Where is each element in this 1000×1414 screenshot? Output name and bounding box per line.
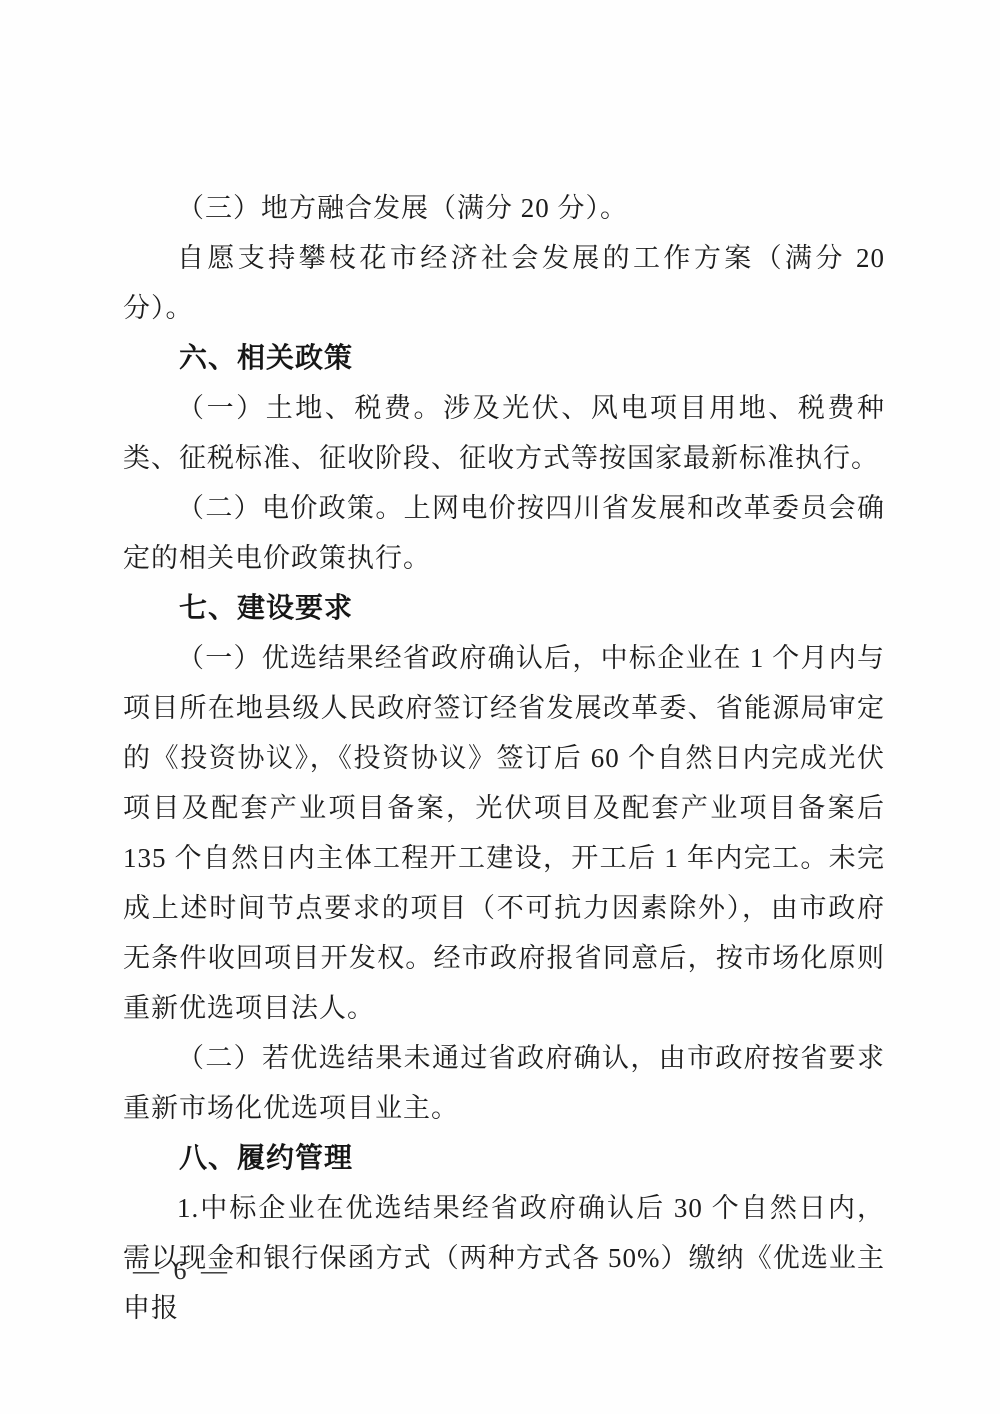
document-body: （三）地方融合发展（满分 20 分）。 自愿支持攀枝花市经济社会发展的工作方案（… <box>123 183 885 1333</box>
paragraph-reselection-rule: （二）若优选结果未通过省政府确认，由市政府按省要求重新市场化优选项目业主。 <box>123 1033 885 1133</box>
paragraph-deposit-payment: 1.中标企业在优选结果经省政府确认后 30 个自然日内，需以现金和银行保函方式（… <box>123 1183 885 1333</box>
heading-section-7-construction-requirements: 七、建设要求 <box>123 583 885 633</box>
heading-section-8-performance-management: 八、履约管理 <box>123 1133 885 1183</box>
paragraph-land-tax: （一）土地、税费。涉及光伏、风电项目用地、税费种类、征税标准、征收阶段、征收方式… <box>123 383 885 483</box>
heading-section-6-policies: 六、相关政策 <box>123 333 885 383</box>
document-page: （三）地方融合发展（满分 20 分）。 自愿支持攀枝花市经济社会发展的工作方案（… <box>0 0 1000 1414</box>
paragraph-score-item-detail: 自愿支持攀枝花市经济社会发展的工作方案（满分 20 分）。 <box>123 233 885 333</box>
paragraph-construction-timeline: （一）优选结果经省政府确认后，中标企业在 1 个月内与项目所在地县级人民政府签订… <box>123 633 885 1033</box>
page-number: — 6 — <box>133 1256 231 1286</box>
paragraph-score-item-3: （三）地方融合发展（满分 20 分）。 <box>123 183 885 233</box>
paragraph-electricity-price: （二）电价政策。上网电价按四川省发展和改革委员会确定的相关电价政策执行。 <box>123 483 885 583</box>
